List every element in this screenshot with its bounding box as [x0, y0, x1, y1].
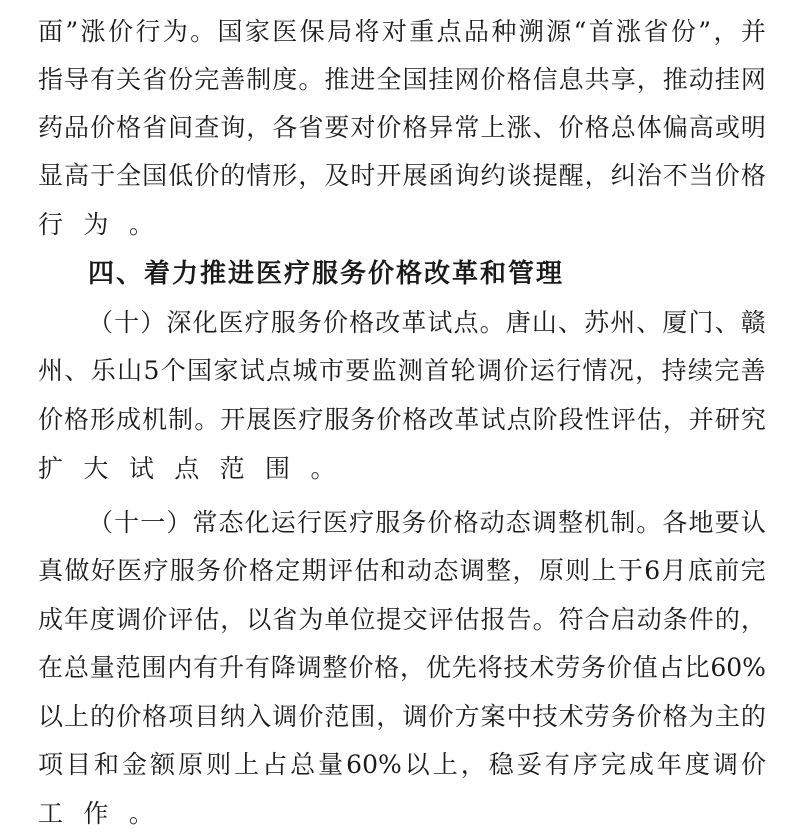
glyph: 围 [350, 699, 375, 735]
glyph: 网 [455, 62, 480, 98]
glyph: 行 [556, 353, 581, 389]
glyph: 信 [533, 62, 558, 98]
glyph: ， [585, 158, 610, 194]
glyph: 为 [163, 14, 188, 50]
text-line-1: 面”涨价行为。国家医保局将对重点品种溯源“首涨省份”，并 [38, 14, 766, 50]
glyph: 份 [168, 62, 193, 98]
glyph: 服 [170, 553, 195, 589]
glyph: 上 [234, 747, 259, 783]
glyph: 持 [662, 353, 687, 389]
glyph: 各 [272, 110, 297, 146]
glyph: 首 [424, 353, 449, 389]
glyph: 为 [298, 602, 323, 638]
glyph: 做 [64, 553, 89, 589]
glyph: 高 [64, 158, 89, 194]
glyph: ， [713, 14, 738, 50]
text-line-12: 真做好医疗服务价格定期评估和动态调整，原则上于6月底前完 [38, 553, 766, 589]
glyph: 有 [90, 62, 115, 98]
glyph: 案 [481, 699, 506, 735]
glyph: 善 [741, 353, 766, 389]
glyph: 时 [350, 158, 375, 194]
glyph: 询 [455, 158, 480, 194]
glyph: 指 [38, 62, 63, 98]
glyph: 有 [193, 650, 218, 686]
glyph: 60% [346, 747, 402, 783]
glyph: 项 [168, 699, 193, 735]
glyph: 行 [38, 207, 83, 243]
glyph: 为 [689, 699, 714, 735]
glyph: 省 [644, 14, 669, 50]
glyph: 值 [633, 650, 658, 686]
glyph: 城 [292, 353, 317, 389]
glyph: 行 [297, 505, 322, 541]
glyph: 有 [545, 747, 570, 783]
glyph: 医 [272, 402, 297, 438]
glyph: 定 [275, 553, 300, 589]
glyph: 机 [142, 402, 167, 438]
glyph: 点 [437, 14, 462, 50]
glyph: 门 [689, 305, 714, 341]
glyph: 在 [38, 650, 63, 686]
glyph: ， [376, 699, 401, 735]
glyph: 估 [354, 553, 379, 589]
glyph: （ [88, 305, 113, 341]
glyph: 价 [348, 650, 373, 686]
glyph: 全 [376, 62, 401, 98]
glyph: 服 [375, 505, 400, 541]
glyph: 务 [401, 505, 426, 541]
glyph: 对 [350, 110, 375, 146]
glyph: 省 [142, 62, 167, 98]
glyph: 量 [318, 747, 343, 783]
glyph: 或 [715, 110, 740, 146]
glyph: ， [246, 110, 271, 146]
glyph: 性 [585, 402, 610, 438]
glyph: 一 [140, 505, 165, 541]
glyph: 试 [129, 451, 174, 487]
glyph: 上 [481, 110, 506, 146]
glyph: ） [166, 505, 191, 541]
glyph: 山 [532, 305, 557, 341]
glyph: 偏 [663, 110, 688, 146]
text-line-3: 药品价格省间查询，各省要对价格异常上涨、价格总体偏高或明 [38, 110, 766, 146]
glyph: 上 [64, 699, 89, 735]
glyph: 价 [503, 353, 528, 389]
glyph: ， [663, 402, 688, 438]
glyph: 医 [117, 553, 142, 589]
glyph: 格 [663, 699, 688, 735]
glyph: 推 [324, 62, 349, 98]
glyph: 不 [663, 158, 688, 194]
text-line-10: 扩大试点范围。 [38, 451, 766, 487]
glyph: 。 [129, 796, 174, 832]
glyph: 范 [220, 451, 265, 487]
glyph: 5 [143, 353, 159, 389]
glyph: 整 [322, 650, 347, 686]
glyph: ， [741, 602, 766, 638]
glyph: ， [461, 747, 486, 783]
glyph: 疗 [245, 305, 270, 341]
glyph: 、 [558, 305, 583, 341]
glyph: 价 [428, 699, 453, 735]
glyph: 务 [350, 402, 375, 438]
glyph: 格 [249, 553, 274, 589]
glyph: 医 [272, 14, 297, 50]
glyph: 入 [246, 699, 271, 735]
glyph: 约 [481, 158, 506, 194]
glyph: 的 [220, 158, 245, 194]
glyph: 动 [480, 505, 505, 541]
glyph: 完 [601, 747, 626, 783]
glyph: 劳 [555, 650, 580, 686]
glyph: 合 [585, 602, 610, 638]
glyph: 劳 [585, 699, 610, 735]
glyph: 以 [405, 747, 430, 783]
glyph: 间 [168, 110, 193, 146]
glyph: 交 [402, 602, 427, 638]
glyph: 首 [589, 14, 614, 50]
glyph: 家 [245, 14, 270, 50]
glyph: “ [574, 14, 587, 50]
glyph: 函 [428, 158, 453, 194]
glyph: 态 [506, 505, 531, 541]
glyph: 前 [714, 553, 739, 589]
glyph: 将 [478, 650, 503, 686]
glyph: 深 [166, 305, 191, 341]
glyph: 内 [167, 650, 192, 686]
glyph: 善 [220, 62, 245, 98]
glyph: 价 [427, 505, 452, 541]
glyph: ， [220, 602, 245, 638]
glyph: 评 [168, 602, 193, 638]
glyph: 格 [402, 402, 427, 438]
glyph: ， [637, 62, 662, 98]
glyph: 重 [409, 14, 434, 50]
glyph: 苏 [584, 305, 609, 341]
glyph: 关 [116, 62, 141, 98]
glyph: 估 [637, 402, 662, 438]
glyph: 度 [90, 602, 115, 638]
glyph: 量 [90, 650, 115, 686]
glyph: 价 [376, 110, 401, 146]
glyph: 主 [715, 699, 740, 735]
glyph: 查 [194, 110, 219, 146]
glyph: 询 [220, 110, 245, 146]
subsection-10-title-line: （十）深化医疗服务价格改革试点。唐山、苏州、厦门、赣 [88, 305, 766, 341]
glyph: 形 [272, 158, 297, 194]
glyph: 国 [142, 158, 167, 194]
glyph: 技 [533, 699, 558, 735]
glyph: 及 [324, 158, 349, 194]
glyph: 有 [245, 650, 270, 686]
glyph: 格 [349, 305, 374, 341]
glyph: 价 [323, 305, 348, 341]
glyph: 提 [376, 602, 401, 638]
glyph: 点 [174, 451, 219, 487]
glyph: 、 [64, 353, 89, 389]
glyph: 金 [122, 747, 147, 783]
glyph: 价 [223, 553, 248, 589]
glyph: 价 [715, 158, 740, 194]
glyph: 监 [372, 353, 397, 389]
glyph: 价 [194, 158, 219, 194]
glyph: 格 [454, 505, 479, 541]
glyph: 升 [219, 650, 244, 686]
glyph: 务 [581, 650, 606, 686]
glyph: 启 [611, 602, 636, 638]
glyph: 围 [141, 650, 166, 686]
glyph: 推 [663, 62, 688, 98]
glyph: 单 [324, 602, 349, 638]
glyph: 体 [637, 110, 662, 146]
glyph: ， [400, 650, 425, 686]
glyph: 明 [741, 110, 766, 146]
glyph: 唐 [506, 305, 531, 341]
glyph: 和 [94, 747, 119, 783]
glyph: 总 [64, 650, 89, 686]
glyph: 价 [108, 14, 133, 50]
glyph: 改 [428, 402, 453, 438]
glyph: 段 [559, 402, 584, 438]
text-line-2: 指导有关省份完善制度。推进全国挂网价格信息共享，推动挂网 [38, 62, 766, 98]
subsection-11-title-line: （十一）常态化运行医疗服务价格动态调整机制。各地要认 [88, 505, 766, 541]
glyph: 价 [607, 650, 632, 686]
glyph: 制 [610, 505, 635, 541]
glyph: 态 [433, 553, 458, 589]
glyph: 异 [428, 110, 453, 146]
glyph: 报 [481, 602, 506, 638]
text-line-16: 项目和金额原则上占总量60%以上，稳妥有序完成年度调价 [38, 747, 766, 783]
glyph: 对 [382, 14, 407, 50]
glyph: 省 [142, 110, 167, 146]
glyph: 务 [297, 305, 322, 341]
glyph: 制 [246, 62, 271, 98]
glyph: 各 [662, 505, 687, 541]
glyph: 降 [271, 650, 296, 686]
glyph: 共 [585, 62, 610, 98]
glyph: 完 [741, 553, 766, 589]
glyph: 格 [741, 158, 766, 194]
glyph: 价 [559, 110, 584, 146]
glyph: 格 [374, 650, 399, 686]
glyph: 成 [38, 602, 63, 638]
glyph: 革 [455, 402, 480, 438]
glyph: 开 [376, 158, 401, 194]
glyph: ” [65, 14, 78, 50]
glyph: 提 [533, 158, 558, 194]
glyph: 上 [433, 747, 458, 783]
glyph: 价 [38, 402, 63, 438]
glyph: 展 [246, 402, 271, 438]
glyph: 纳 [220, 699, 245, 735]
glyph: 动 [407, 553, 432, 589]
glyph: 续 [688, 353, 713, 389]
glyph: 于 [618, 553, 643, 589]
glyph: 的 [90, 699, 115, 735]
glyph: 完 [714, 353, 739, 389]
glyph: 扩 [38, 451, 83, 487]
text-line-13: 成年度调价评估，以省为单位提交评估报告。符合启动条件的， [38, 602, 766, 638]
glyph: 范 [116, 650, 141, 686]
glyph: 优 [426, 650, 451, 686]
glyph: 价 [90, 110, 115, 146]
glyph: 进 [350, 62, 375, 98]
glyph: 当 [689, 158, 714, 194]
glyph: 要 [345, 353, 370, 389]
glyph: 医 [323, 505, 348, 541]
glyph: 度 [272, 62, 297, 98]
glyph: 格 [142, 699, 167, 735]
glyph: 格 [402, 110, 427, 146]
glyph: 挂 [715, 62, 740, 98]
glyph: 医 [219, 305, 244, 341]
glyph: 评 [611, 402, 636, 438]
glyph: 个 [161, 353, 186, 389]
glyph: 要 [324, 110, 349, 146]
glyph: 完 [194, 62, 219, 98]
glyph: 山 [117, 353, 142, 389]
glyph: 中 [507, 699, 532, 735]
glyph: 究 [741, 402, 766, 438]
glyph: 价 [481, 62, 506, 98]
glyph: 面 [38, 14, 63, 50]
glyph: 将 [354, 14, 379, 50]
glyph: 技 [503, 650, 528, 686]
glyph: 价 [637, 699, 662, 735]
glyph: 价 [142, 602, 167, 638]
glyph: 低 [168, 158, 193, 194]
glyph: 涨 [507, 110, 532, 146]
glyph: 。 [298, 62, 323, 98]
glyph: ， [635, 353, 660, 389]
glyph: 目 [194, 699, 219, 735]
glyph: 的 [741, 699, 766, 735]
glyph: 真 [38, 553, 63, 589]
glyph: 价 [741, 747, 766, 783]
glyph: 赣 [741, 305, 766, 341]
glyph: 要 [715, 505, 740, 541]
glyph: 并 [689, 402, 714, 438]
glyph: 试 [481, 402, 506, 438]
text-line-9: 价格形成机制。开展医疗服务价格改革试点阶段性评估，并研究 [38, 402, 766, 438]
glyph: 估 [194, 602, 219, 638]
glyph: 年 [657, 747, 682, 783]
glyph: 月 [662, 553, 687, 589]
glyph: 份 [671, 14, 696, 50]
glyph: 服 [324, 402, 349, 438]
glyph: 调 [272, 699, 297, 735]
glyph: 位 [350, 602, 375, 638]
glyph: 市 [319, 353, 344, 389]
glyph: 底 [688, 553, 713, 589]
glyph: ） [140, 305, 165, 341]
glyph: 并 [741, 14, 766, 50]
glyph: 工 [38, 796, 83, 832]
glyph: 制 [168, 402, 193, 438]
glyph: 州 [610, 305, 635, 341]
glyph: 国 [402, 62, 427, 98]
glyph: 以 [38, 699, 63, 735]
glyph: 挂 [428, 62, 453, 98]
glyph: 务 [611, 699, 636, 735]
glyph: 格 [507, 62, 532, 98]
glyph: 评 [328, 553, 353, 589]
glyph: 先 [452, 650, 477, 686]
glyph: 试 [427, 305, 452, 341]
glyph: 度 [685, 747, 710, 783]
glyph: 好 [91, 553, 116, 589]
glyph: 务 [196, 553, 221, 589]
glyph: 药 [38, 110, 63, 146]
glyph: 符 [559, 602, 584, 638]
glyph: 服 [271, 305, 296, 341]
glyph: 溯 [519, 14, 544, 50]
text-line-4: 显高于全国低价的情形，及时开展函询约谈提醒，纠治不当价格 [38, 158, 766, 194]
glyph: 。 [129, 207, 174, 243]
glyph: 国 [187, 353, 212, 389]
glyph: 厦 [662, 305, 687, 341]
glyph: 局 [327, 14, 352, 50]
glyph: 保 [300, 14, 325, 50]
glyph: 研 [715, 402, 740, 438]
glyph: 常 [192, 505, 217, 541]
glyph: 调 [297, 650, 322, 686]
glyph: 整 [486, 553, 511, 589]
glyph: ” [698, 14, 711, 50]
glyph: 疗 [298, 402, 323, 438]
glyph: 形 [90, 402, 115, 438]
glyph: 成 [629, 747, 654, 783]
glyph: 况 [609, 353, 634, 389]
glyph: 享 [611, 62, 636, 98]
glyph: 序 [573, 747, 598, 783]
glyph: 地 [689, 505, 714, 541]
glyph: 高 [689, 110, 714, 146]
glyph: 。 [190, 14, 215, 50]
glyph: 术 [529, 650, 554, 686]
glyph: 州 [38, 353, 63, 389]
glyph: 比 [684, 650, 709, 686]
glyph: 涨 [616, 14, 641, 50]
glyph: 原 [178, 747, 203, 783]
glyph: 60% [710, 650, 766, 686]
glyph: 认 [741, 505, 766, 541]
glyph: 目 [66, 747, 91, 783]
glyph: 以 [246, 602, 271, 638]
glyph: 谈 [507, 158, 532, 194]
glyph: 和 [381, 553, 406, 589]
glyph: 展 [402, 158, 427, 194]
glyph: 条 [663, 602, 688, 638]
glyph: 。 [310, 451, 355, 487]
glyph: 妥 [517, 747, 542, 783]
glyph: 格 [116, 110, 141, 146]
glyph: 范 [324, 699, 349, 735]
glyph: 行 [135, 14, 160, 50]
glyph: 整 [558, 505, 583, 541]
glyph: 开 [220, 402, 245, 438]
glyph: 常 [455, 110, 480, 146]
glyph: 国 [218, 14, 243, 50]
glyph: 调 [116, 602, 141, 638]
glyph: 大 [83, 451, 128, 487]
glyph: 态 [219, 505, 244, 541]
glyph: 6 [644, 553, 660, 589]
glyph: 价 [376, 402, 401, 438]
glyph: 情 [582, 353, 607, 389]
glyph: 总 [611, 110, 636, 146]
glyph: 稳 [489, 747, 514, 783]
